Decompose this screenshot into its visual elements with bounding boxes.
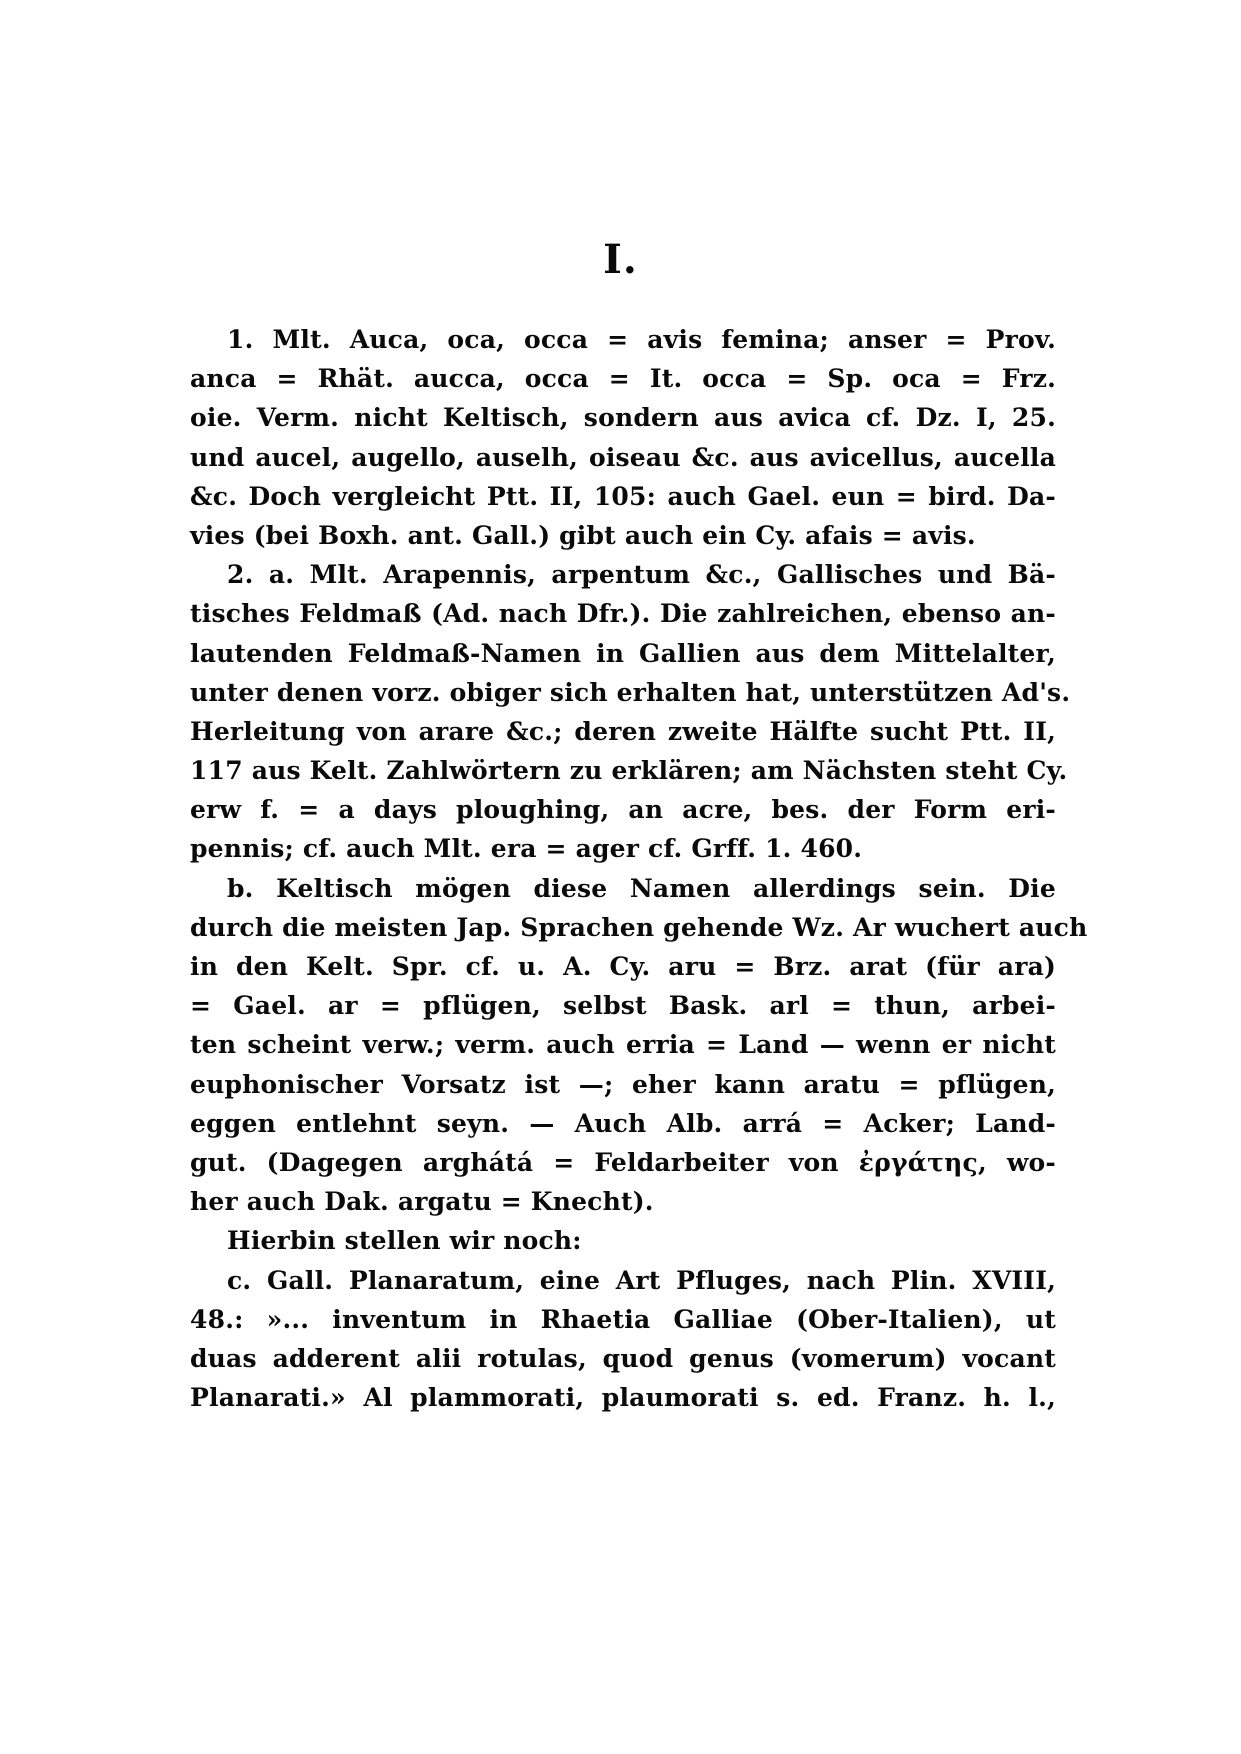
- text-line: duas adderent alii rotulas, quod genus (…: [190, 1339, 1056, 1378]
- text-line: Planarati.» Al plammorati, plaumorati s.…: [190, 1378, 1056, 1417]
- text-line: durch die meisten Jap. Sprachen gehende …: [190, 908, 1056, 947]
- text-line: gut. (Dagegen arghátá = Feldarbeiter von…: [190, 1143, 1056, 1182]
- text-line: unter denen vorz. obiger sich erhalten h…: [190, 673, 1056, 712]
- text-line: 1. Mlt. Auca, oca, occa = avis femina; a…: [190, 320, 1056, 359]
- text-line: erw f. = a days ploughing, an acre, bes.…: [190, 790, 1056, 829]
- text-line: 2. a. Mlt. Arapennis, arpentum &c., Gall…: [190, 555, 1056, 594]
- text-line: eggen entlehnt seyn. — Auch Alb. arrá = …: [190, 1104, 1056, 1143]
- text-line: lautenden Feldmaß-Namen in Gallien aus d…: [190, 634, 1056, 673]
- text-line: vies (bei Boxh. ant. Gall.) gibt auch ei…: [190, 516, 1056, 555]
- text-line: euphonischer Vorsatz ist —; eher kann ar…: [190, 1065, 1056, 1104]
- text-line: Hierbin stellen wir noch:: [190, 1221, 1056, 1260]
- text-line: 117 aus Kelt. Zahlwörtern zu erklären; a…: [190, 751, 1056, 790]
- text-line: b. Keltisch mögen diese Namen allerdings…: [190, 869, 1056, 908]
- document-page: I. 1. Mlt. Auca, oca, occa = avis femina…: [0, 0, 1241, 1754]
- text-line: Herleitung von arare &c.; deren zweite H…: [190, 712, 1056, 751]
- text-line: und aucel, augello, auselh, oiseau &c. a…: [190, 438, 1056, 477]
- text-line: c. Gall. Planaratum, eine Art Pfluges, n…: [190, 1261, 1056, 1300]
- text-line: pennis; cf. auch Mlt. era = ager cf. Grf…: [190, 829, 1056, 868]
- body-text: 1. Mlt. Auca, oca, occa = avis femina; a…: [190, 320, 1056, 1417]
- text-line: &c. Doch vergleicht Ptt. II, 105: auch G…: [190, 477, 1056, 516]
- text-line: her auch Dak. argatu = Knecht).: [190, 1182, 1056, 1221]
- text-line: = Gael. ar = pflügen, selbst Bask. arl =…: [190, 986, 1056, 1025]
- text-line: in den Kelt. Spr. cf. u. A. Cy. aru = Br…: [190, 947, 1056, 986]
- text-line: anca = Rhät. aucca, occa = It. occa = Sp…: [190, 359, 1056, 398]
- text-line: tisches Feldmaß (Ad. nach Dfr.). Die zah…: [190, 594, 1056, 633]
- text-line: ten scheint verw.; verm. auch erria = La…: [190, 1025, 1056, 1064]
- text-line: oie. Verm. nicht Keltisch, sondern aus a…: [190, 398, 1056, 437]
- section-heading: I.: [0, 236, 1241, 284]
- text-line: 48.: »... inventum in Rhaetia Galliae (O…: [190, 1300, 1056, 1339]
